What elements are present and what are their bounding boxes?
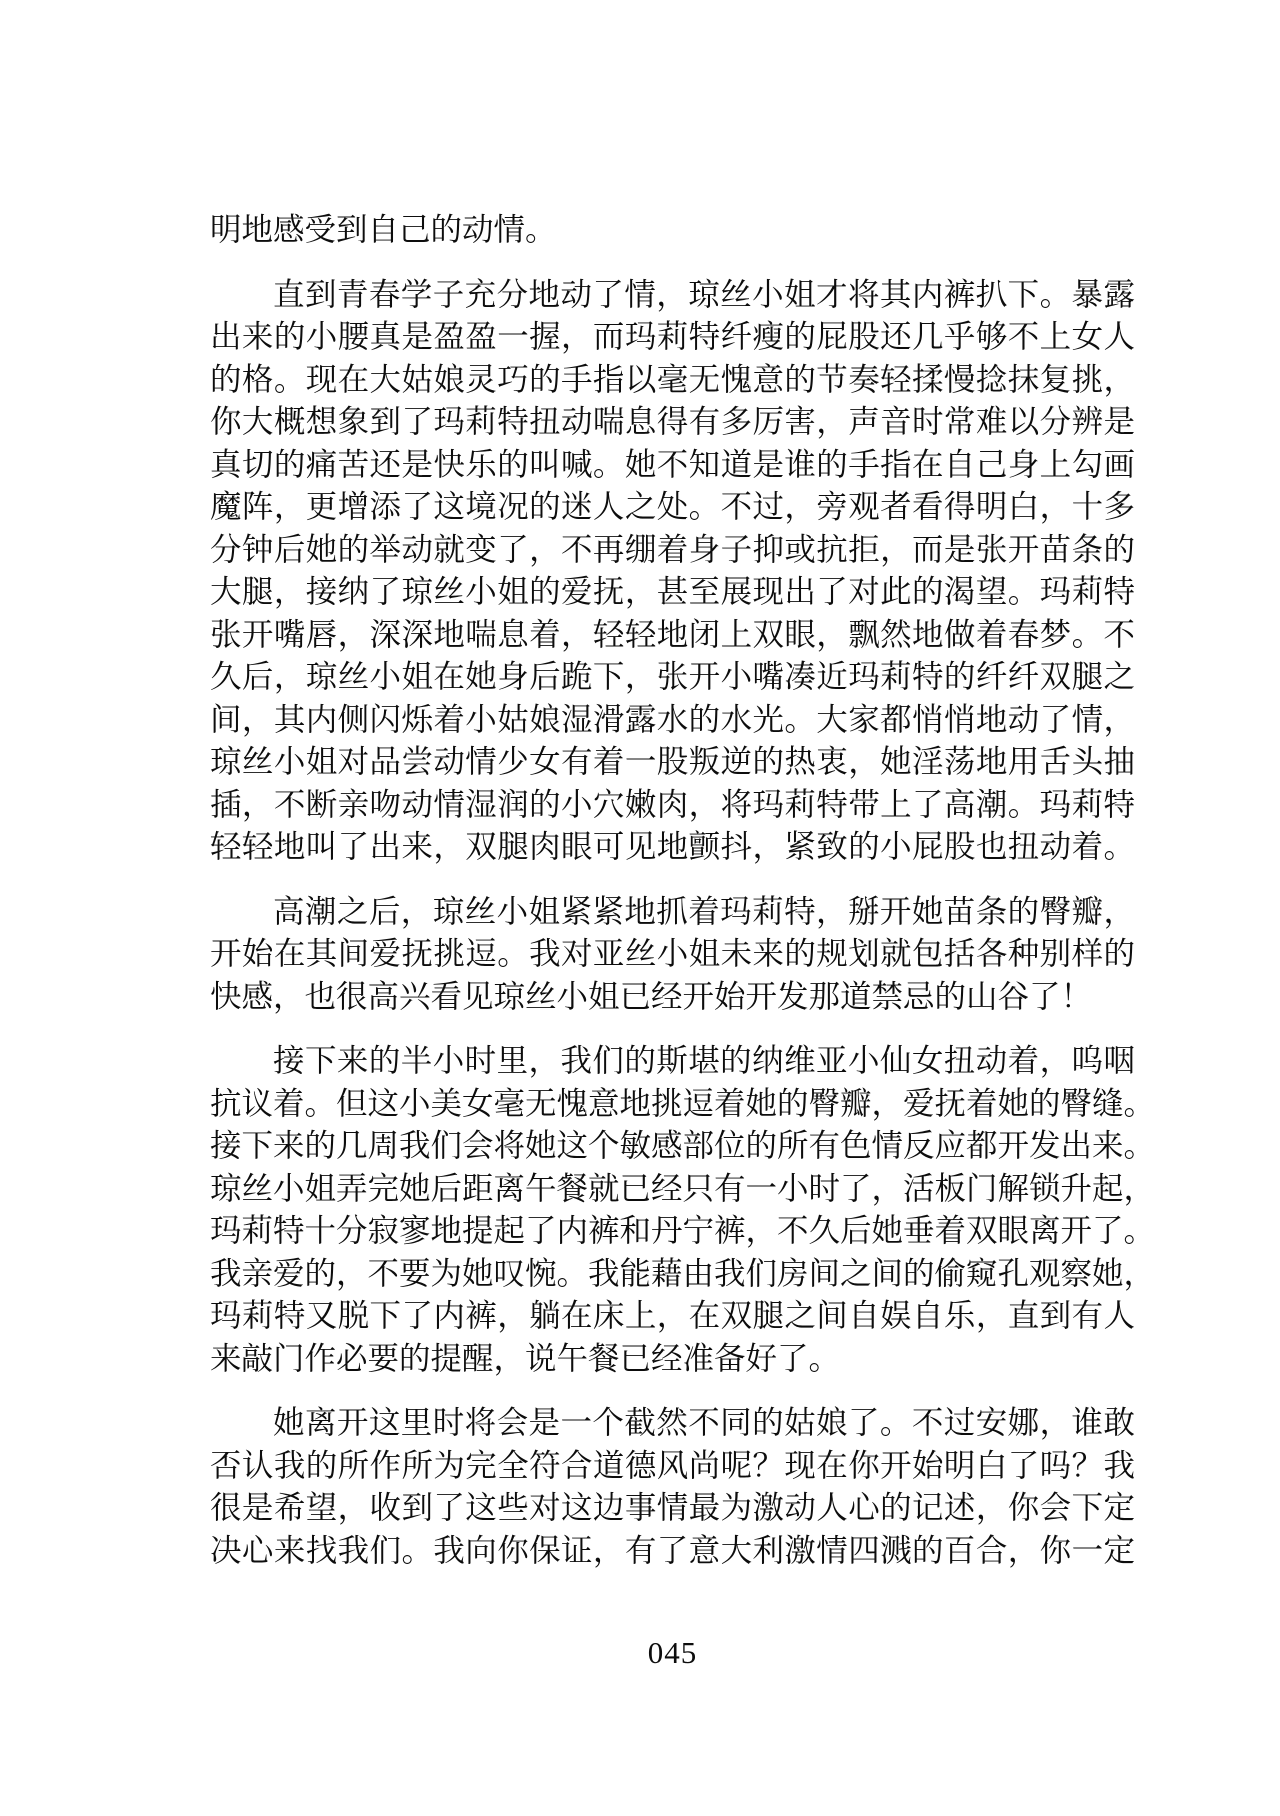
text-line: 快感，也很高兴看见琼丝小姐已经开始开发那道禁忌的山谷了！: [210, 976, 1135, 1019]
paragraph: 接下来的半小时里，我们的斯堪的纳维亚小仙女扭动着，呜咽抗议着。但这小美女毫无愧意…: [210, 1040, 1135, 1380]
paragraph: 明地感受到自己的动情。: [210, 209, 1135, 252]
text-line: 间，其内侧闪烁着小姑娘湿滑露水的水光。大家都悄悄地动了情，: [210, 699, 1135, 742]
text-line: 玛莉特又脱下了内裤，躺在床上，在双腿之间自娱自乐，直到有人: [210, 1295, 1135, 1338]
text-line: 直到青春学子充分地动了情，琼丝小姐才将其内裤扒下。暴露: [210, 274, 1135, 317]
text-line: 琼丝小姐对品尝动情少女有着一股叛逆的热衷，她淫荡地用舌头抽: [210, 741, 1135, 784]
text-line: 真切的痛苦还是快乐的叫喊。她不知道是谁的手指在自己身上勾画: [210, 444, 1135, 487]
text-line: 否认我的所作所为完全符合道德风尚呢？现在你开始明白了吗？我: [210, 1445, 1135, 1488]
text-line: 开始在其间爱抚挑逗。我对亚丝小姐未来的规划就包括各种别样的: [210, 933, 1135, 976]
text-line: 接下来的几周我们会将她这个敏感部位的所有色情反应都开发出来。: [210, 1125, 1135, 1168]
book-page: { "page": { "number": "045", "paragraphs…: [0, 0, 1280, 1816]
page-number: 045: [210, 1633, 1135, 1673]
text-line: 插，不断亲吻动情湿润的小穴嫩肉，将玛莉特带上了高潮。玛莉特: [210, 784, 1135, 827]
paragraph: 直到青春学子充分地动了情，琼丝小姐才将其内裤扒下。暴露出来的小腰真是盈盈一握，而…: [210, 274, 1135, 869]
text-line: 大腿，接纳了琼丝小姐的爱抚，甚至展现出了对此的渴望。玛莉特: [210, 571, 1135, 614]
text-line: 接下来的半小时里，我们的斯堪的纳维亚小仙女扭动着，呜咽: [210, 1040, 1135, 1083]
text-line: 明地感受到自己的动情。: [210, 209, 1135, 252]
text-line: 久后，琼丝小姐在她身后跪下，张开小嘴凑近玛莉特的纤纤双腿之: [210, 656, 1135, 699]
paragraph: 她离开这里时将会是一个截然不同的姑娘了。不过安娜，谁敢否认我的所作所为完全符合道…: [210, 1402, 1135, 1572]
text-line: 来敲门作必要的提醒，说午餐已经准备好了。: [210, 1338, 1135, 1381]
text-line: 你大概想象到了玛莉特扭动喘息得有多厉害，声音时常难以分辨是: [210, 401, 1135, 444]
text-line: 抗议着。但这小美女毫无愧意地挑逗着她的臀瓣，爱抚着她的臀缝。: [210, 1083, 1135, 1126]
text-line: 很是希望，收到了这些对这边事情最为激动人心的记述，你会下定: [210, 1487, 1135, 1530]
body-text-block: 明地感受到自己的动情。直到青春学子充分地动了情，琼丝小姐才将其内裤扒下。暴露出来…: [210, 209, 1135, 1572]
text-line: 决心来找我们。我向你保证，有了意大利激情四溅的百合，你一定: [210, 1530, 1135, 1573]
text-line: 高潮之后，琼丝小姐紧紧地抓着玛莉特，掰开她苗条的臀瓣，: [210, 891, 1135, 934]
text-line: 玛莉特十分寂寥地提起了内裤和丹宁裤，不久后她垂着双眼离开了。: [210, 1210, 1135, 1253]
text-line: 魔阵，更增添了这境况的迷人之处。不过，旁观者看得明白，十多: [210, 486, 1135, 529]
text-line: 出来的小腰真是盈盈一握，而玛莉特纤瘦的屁股还几乎够不上女人: [210, 316, 1135, 359]
text-line: 琼丝小姐弄完她后距离午餐就已经只有一小时了，活板门解锁升起，: [210, 1168, 1135, 1211]
text-line: 轻轻地叫了出来，双腿肉眼可见地颤抖，紧致的小屁股也扭动着。: [210, 826, 1135, 869]
text-line: 她离开这里时将会是一个截然不同的姑娘了。不过安娜，谁敢: [210, 1402, 1135, 1445]
text-line: 张开嘴唇，深深地喘息着，轻轻地闭上双眼，飘然地做着春梦。不: [210, 614, 1135, 657]
text-line: 我亲爱的，不要为她叹惋。我能藉由我们房间之间的偷窥孔观察她，: [210, 1253, 1135, 1296]
text-line: 分钟后她的举动就变了，不再绷着身子抑或抗拒，而是张开苗条的: [210, 529, 1135, 572]
text-line: 的格。现在大姑娘灵巧的手指以毫无愧意的节奏轻揉慢捻抹复挑，: [210, 359, 1135, 402]
paragraph: 高潮之后，琼丝小姐紧紧地抓着玛莉特，掰开她苗条的臀瓣，开始在其间爱抚挑逗。我对亚…: [210, 891, 1135, 1019]
